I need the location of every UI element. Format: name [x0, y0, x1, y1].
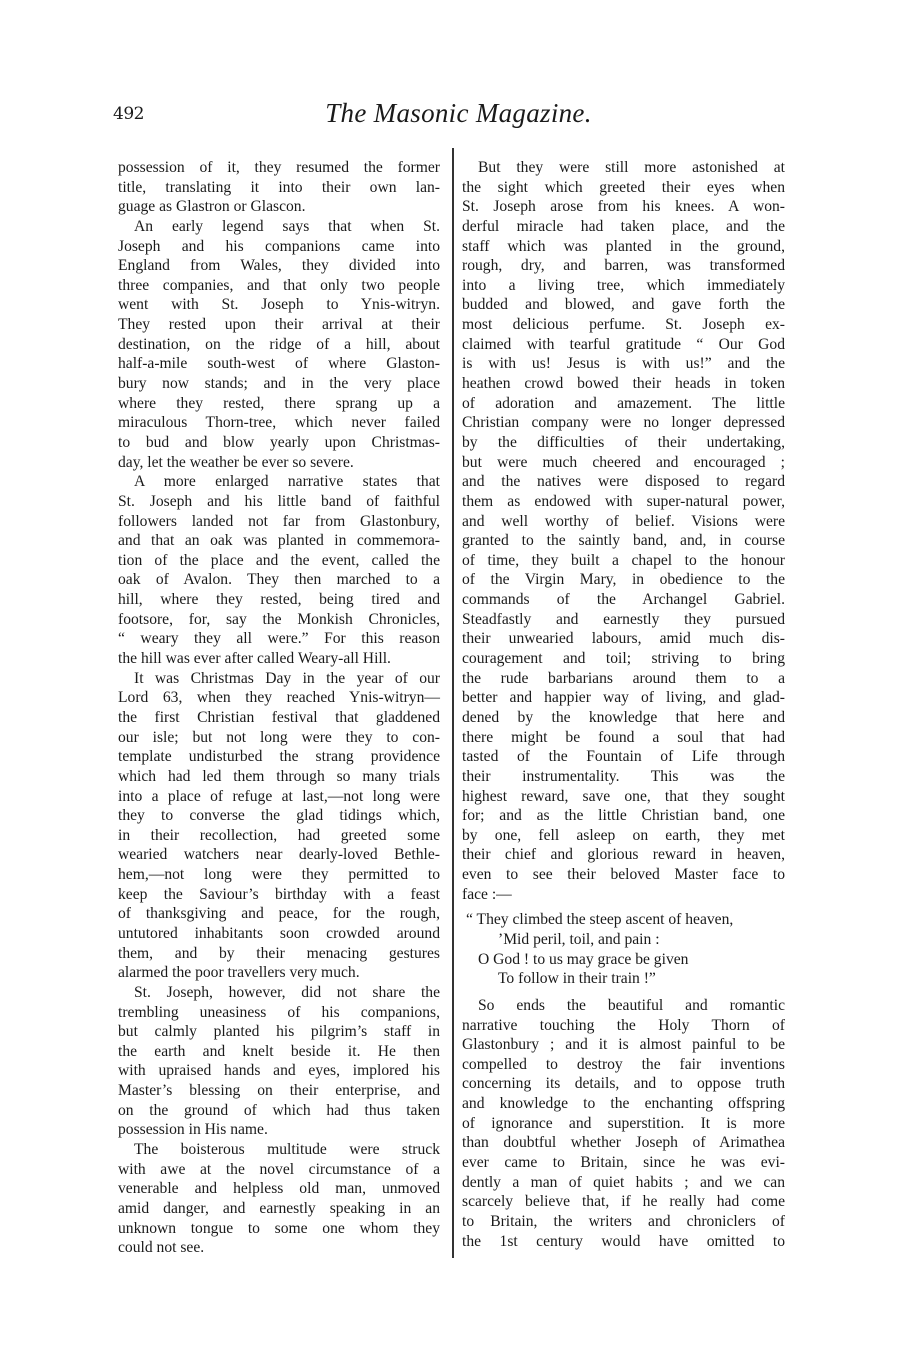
- text-line: A more enlarged narrative states that: [118, 472, 440, 492]
- verse-line: O God ! to us may grace be given: [462, 950, 785, 970]
- text-line: which had led them through so many trial…: [118, 767, 440, 787]
- text-line: half-a-mile south-west of where Glaston-: [118, 354, 440, 374]
- right-text-after-verse: So ends the beautiful and romanticnarrat…: [462, 996, 785, 1251]
- text-line: three companies, and that only two peopl…: [118, 276, 440, 296]
- text-line: to Britain, the writers and chroniclers …: [462, 1212, 785, 1232]
- text-line: template undisturbed the strang providen…: [118, 747, 440, 767]
- text-line: rough, dry, and barren, was transformed: [462, 256, 785, 276]
- text-line: face :—: [462, 885, 785, 905]
- text-line: wearied watchers near dearly-loved Bethl…: [118, 845, 440, 865]
- text-line: the first Christian festival that gladde…: [118, 708, 440, 728]
- text-line: went with St. Joseph to Ynis-witryn.: [118, 295, 440, 315]
- text-line: but were much cheered and encouraged ;: [462, 453, 785, 473]
- text-line: with upraised hands and eyes, implored h…: [118, 1061, 440, 1081]
- text-line: highest reward, save one, that they soug…: [462, 787, 785, 807]
- text-line: followers landed not far from Glastonbur…: [118, 512, 440, 532]
- text-line: of the Virgin Mary, in obedience to the: [462, 570, 785, 590]
- text-line: dened by the knowledge that here and: [462, 708, 785, 728]
- text-line: in their recollection, had greeted some: [118, 826, 440, 846]
- right-text-before-verse: But they were still more astonished atth…: [462, 158, 785, 904]
- text-line: unknown tongue to some one whom they: [118, 1219, 440, 1239]
- text-line: scarcely believe that, if he really had …: [462, 1192, 785, 1212]
- text-line: possession in His name.: [118, 1120, 440, 1140]
- text-line: there might be found a soul that had: [462, 728, 785, 748]
- text-line: narrative touching the Holy Thorn of: [462, 1016, 785, 1036]
- text-line: destination, on the ridge of a hill, abo…: [118, 335, 440, 355]
- text-line: them, and by their menacing gestures: [118, 944, 440, 964]
- text-line: is with us! Jesus is with us!” and the: [462, 354, 785, 374]
- text-line: Christian company were no longer depress…: [462, 413, 785, 433]
- text-line: St. Joseph and his little band of faithf…: [118, 492, 440, 512]
- text-line: tion of the place and the event, called …: [118, 551, 440, 571]
- text-line: even to see their beloved Master face to: [462, 865, 785, 885]
- text-line: oak of Avalon. They then marched to a: [118, 570, 440, 590]
- text-line: It was Christmas Day in the year of our: [118, 669, 440, 689]
- text-line: Joseph and his companions came into: [118, 237, 440, 257]
- text-line: England from Wales, they divided into: [118, 256, 440, 276]
- text-line: trembling uneasiness of his companions,: [118, 1003, 440, 1023]
- text-line: into a living tree, which immediately: [462, 276, 785, 296]
- text-line: The boisterous multitude were struck: [118, 1140, 440, 1160]
- text-line: miraculous Thorn-tree, which never faile…: [118, 413, 440, 433]
- text-line: footsore, for, say the Monkish Chronicle…: [118, 610, 440, 630]
- text-line: their instrumentality. This was the: [462, 767, 785, 787]
- text-line: and well worthy of belief. Visions were: [462, 512, 785, 532]
- text-line: title, translating it into their own lan…: [118, 178, 440, 198]
- column-divider: [452, 148, 454, 1258]
- text-line: So ends the beautiful and romantic: [462, 996, 785, 1016]
- text-line: of thanksgiving and peace, for the rough…: [118, 904, 440, 924]
- text-line: into a place of refuge at last,—not long…: [118, 787, 440, 807]
- text-line: commands of the Archangel Gabriel.: [462, 590, 785, 610]
- text-line: An early legend says that when St.: [118, 217, 440, 237]
- text-line: budded and blowed, and gave forth the: [462, 295, 785, 315]
- text-line: them as endowed with super-natural power…: [462, 492, 785, 512]
- text-line: of ignorance and superstition. It is mor…: [462, 1114, 785, 1134]
- verse-line: To follow in their train !”: [462, 969, 785, 989]
- verse-line: ’Mid peril, toil, and pain :: [462, 930, 785, 950]
- text-line: the sight which greeted their eyes when: [462, 178, 785, 198]
- text-line: day, let the weather be ever so severe.: [118, 453, 440, 473]
- text-line: Master’s blessing on their enterprise, a…: [118, 1081, 440, 1101]
- text-line: of time, they built a chapel to the hono…: [462, 551, 785, 571]
- text-line: tasted of the Fountain of Life through: [462, 747, 785, 767]
- text-line: claimed with tearful gratitude “ Our God: [462, 335, 785, 355]
- text-line: by the difficulties of their undertaking…: [462, 433, 785, 453]
- text-line: and that an oak was planted in commemora…: [118, 531, 440, 551]
- text-line: heathen crowd bowed their heads in token: [462, 374, 785, 394]
- right-column: But they were still more astonished atth…: [462, 158, 785, 1251]
- text-line: St. Joseph arose from his knees. A won-: [462, 197, 785, 217]
- text-line: the 1st century would have omitted to: [462, 1232, 785, 1252]
- text-line: St. Joseph, however, did not share the: [118, 983, 440, 1003]
- text-line: granted to the saintly band, and, in cou…: [462, 531, 785, 551]
- text-line: our isle; but not long were they to con-: [118, 728, 440, 748]
- text-line: their unwearied labours, amid much dis-: [462, 629, 785, 649]
- text-line: compelled to destroy the fair inventions: [462, 1055, 785, 1075]
- text-line: on the ground of which had thus taken: [118, 1101, 440, 1121]
- text-line: “ weary they all were.” For this reason: [118, 629, 440, 649]
- text-line: but calmly planted his pilgrim’s staff i…: [118, 1022, 440, 1042]
- text-line: the hill was ever after called Weary-all…: [118, 649, 440, 669]
- text-line: could not see.: [118, 1238, 440, 1258]
- text-line: for; and as the little Christian band, o…: [462, 806, 785, 826]
- text-line: staff which was planted in the ground,: [462, 237, 785, 257]
- text-line: and the natives were disposed to regard: [462, 472, 785, 492]
- text-line: Steadfastly and earnestly they pursued: [462, 610, 785, 630]
- text-line: by one, fell asleep on earth, they met: [462, 826, 785, 846]
- verse-line: “ They climbed the steep ascent of heave…: [462, 910, 785, 930]
- text-line: But they were still more astonished at: [462, 158, 785, 178]
- text-line: bury now stands; and in the very place: [118, 374, 440, 394]
- text-line: better and happier way of living, and gl…: [462, 688, 785, 708]
- text-line: derful miracle had taken place, and the: [462, 217, 785, 237]
- text-line: untutored inhabitants soon crowded aroun…: [118, 924, 440, 944]
- verse-block: “ They climbed the steep ascent of heave…: [462, 910, 785, 989]
- text-line: they to converse the glad tidings which,: [118, 806, 440, 826]
- text-line: to bud and blow yearly upon Christmas-: [118, 433, 440, 453]
- text-line: They rested upon their arrival at their: [118, 315, 440, 335]
- text-line: Lord 63, when they reached Ynis-witryn—: [118, 688, 440, 708]
- text-line: hem,—not long were they permitted to: [118, 865, 440, 885]
- text-line: with awe at the novel circumstance of a: [118, 1160, 440, 1180]
- text-line: Glastonbury ; and it is almost painful t…: [462, 1035, 785, 1055]
- text-line: venerable and helpless old man, unmoved: [118, 1179, 440, 1199]
- text-line: alarmed the poor travellers very much.: [118, 963, 440, 983]
- text-line: their chief and glorious reward in heave…: [462, 845, 785, 865]
- running-title: The Masonic Magazine.: [0, 98, 907, 129]
- text-line: and knowledge to the enchanting offsprin…: [462, 1094, 785, 1114]
- text-line: hill, where they rested, being tired and: [118, 590, 440, 610]
- text-line: guage as Glastron or Glascon.: [118, 197, 440, 217]
- text-line: possession of it, they resumed the forme…: [118, 158, 440, 178]
- text-line: most delicious perfume. St. Joseph ex-: [462, 315, 785, 335]
- text-line: keep the Saviour’s birthday with a feast: [118, 885, 440, 905]
- text-line: than doubtful whether Joseph of Arimathe…: [462, 1133, 785, 1153]
- text-line: where they rested, there sprang up a: [118, 394, 440, 414]
- text-line: couragement and toil; striving to bring: [462, 649, 785, 669]
- text-line: ever came to Britain, since he was evi-: [462, 1153, 785, 1173]
- text-line: dently a man of quiet habits ; and we ca…: [462, 1173, 785, 1193]
- text-line: amid danger, and earnestly speaking in a…: [118, 1199, 440, 1219]
- text-line: the rude barbarians around them to a: [462, 669, 785, 689]
- text-line: the earth and knelt beside it. He then: [118, 1042, 440, 1062]
- text-line: concerning its details, and to oppose tr…: [462, 1074, 785, 1094]
- text-line: of adoration and amazement. The little: [462, 394, 785, 414]
- left-column: possession of it, they resumed the forme…: [118, 158, 440, 1258]
